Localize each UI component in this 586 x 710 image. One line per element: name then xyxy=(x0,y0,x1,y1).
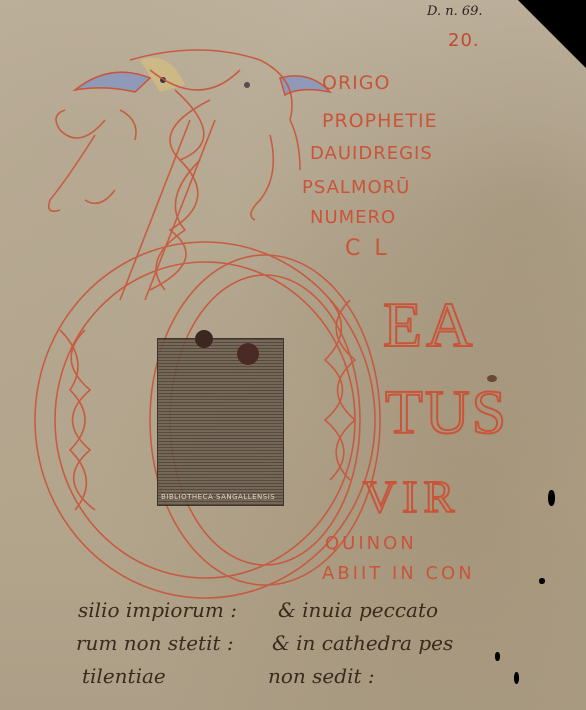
display-capitals-line-2: TUS xyxy=(385,378,508,449)
text-line-3-left: tilentiae xyxy=(82,664,166,688)
display-capitals-line-3: VIR xyxy=(363,470,460,523)
parchment-hole xyxy=(539,578,545,584)
folio-number: 20. xyxy=(448,30,480,51)
incipit-line-1: QUINON xyxy=(325,533,417,554)
bird-eye-right xyxy=(244,82,250,88)
display-capitals-line-1: EA xyxy=(383,288,476,362)
text-line-2-right: & in cathedra pes xyxy=(272,631,453,655)
bird-head-left xyxy=(75,72,150,92)
rubric-line-4: PSALMORŪ xyxy=(302,177,410,198)
manuscript-page: BIBLIOTHECA SANGALLENSIS D. n. 69. 20. O… xyxy=(0,0,586,710)
rubric-line-1: ORIGO xyxy=(322,72,390,94)
ink-stain xyxy=(195,330,213,348)
rubric-line-6: CL xyxy=(345,236,401,261)
rubric-line-5: NUMERO xyxy=(310,207,396,228)
text-line-3-right: non sedit : xyxy=(268,664,375,688)
rubric-line-2: PROPHETIE xyxy=(322,110,438,132)
parchment-hole xyxy=(514,672,519,684)
rubric-line-3: DAUIDREGIS xyxy=(310,143,433,164)
parchment-hole xyxy=(495,652,500,661)
ex-libris-bookplate: BIBLIOTHECA SANGALLENSIS xyxy=(157,338,284,506)
bookplate-caption: BIBLIOTHECA SANGALLENSIS xyxy=(161,493,275,501)
ink-stain xyxy=(237,343,259,365)
text-line-1-right: & inuia peccato xyxy=(278,598,438,622)
parchment-hole xyxy=(548,490,555,506)
text-line-1-left: silio impiorum : xyxy=(78,598,237,622)
text-line-2-left: rum non stetit : xyxy=(76,631,234,655)
shelfmark: D. n. 69. xyxy=(427,4,483,19)
background-corner xyxy=(518,0,586,68)
incipit-line-2: ABIIT IN CON xyxy=(322,563,475,584)
